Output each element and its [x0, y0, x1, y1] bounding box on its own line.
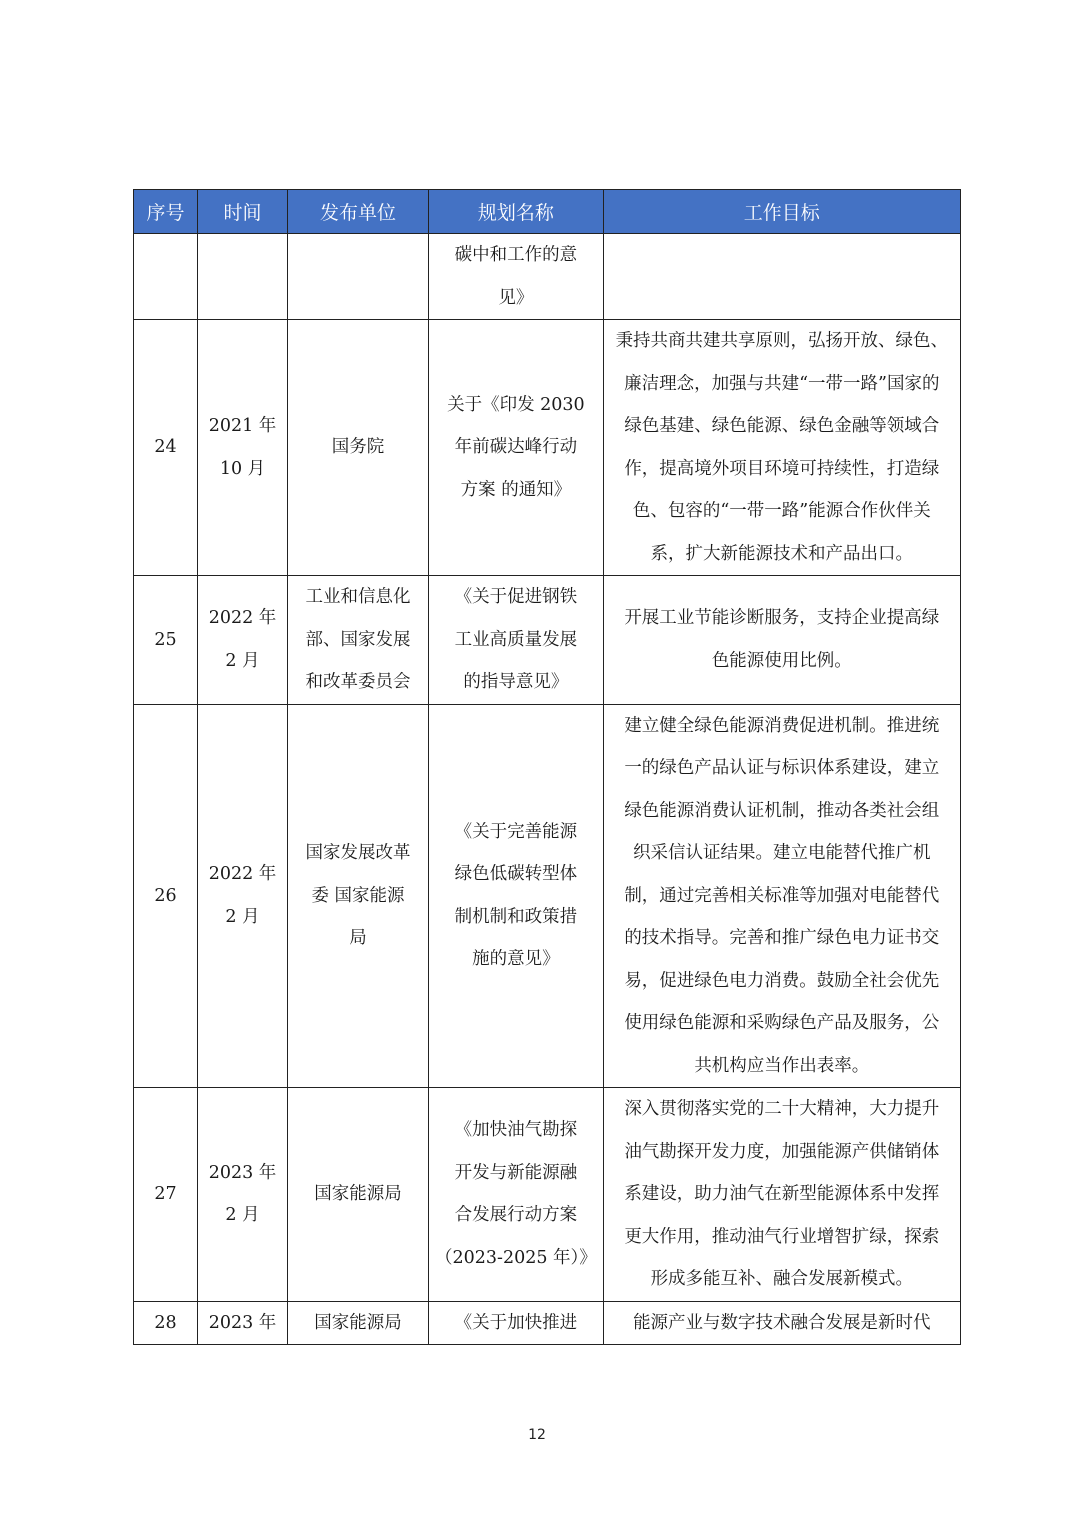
table-row: 262022 年2 月国家发展改革委 国家能源局《关于完善能源绿色低碳转型体制机…: [134, 704, 961, 1088]
cell-serial-number: 25: [134, 576, 198, 705]
cell-text-line: 织采信认证结果。建立电能替代推广机: [612, 832, 952, 875]
cell-text-line: 色、包容的“一带一路”能源合作伙伴关: [612, 490, 952, 533]
cell-text-line: 和改革委员会: [294, 661, 422, 704]
cell-text-line: 更大作用，推动油气行业增智扩绿，探索: [612, 1216, 952, 1259]
cell-time: 2021 年10 月: [198, 320, 288, 576]
cell-text-line: 能源产业与数字技术融合发展是新时代: [612, 1302, 952, 1345]
cell-time: 2022 年2 月: [198, 704, 288, 1088]
cell-text-line: 2022 年: [204, 853, 281, 896]
cell-text-line: 国务院: [294, 426, 422, 469]
header-work-goal: 工作目标: [603, 190, 960, 234]
cell-text-line: 绿色低碳转型体: [435, 853, 597, 896]
table-row: 272023 年2 月国家能源局《加快油气勘探开发与新能源融合发展行动方案（20…: [134, 1088, 961, 1302]
cell-text-line: 形成多能互补、融合发展新模式。: [612, 1258, 952, 1301]
cell-work-goal: 开展工业节能诊断服务，支持企业提高绿色能源使用比例。: [603, 576, 960, 705]
cell-text-line: 国家能源局: [294, 1173, 422, 1216]
header-publisher: 发布单位: [288, 190, 429, 234]
policy-table: 序号 时间 发布单位 规划名称 工作目标 碳中和工作的意见》242021 年10…: [133, 189, 961, 1345]
cell-text-line: 工业和信息化: [294, 576, 422, 619]
cell-text-line: 2 月: [204, 896, 281, 939]
cell-text-line: 局: [294, 917, 422, 960]
cell-text-line: 共机构应当作出表率。: [612, 1045, 952, 1088]
cell-text-line: 系建设，助力油气在新型能源体系中发挥: [612, 1173, 952, 1216]
table-row: 碳中和工作的意见》: [134, 234, 961, 320]
cell-text-line: 绿色基建、绿色能源、绿色金融等领域合: [612, 405, 952, 448]
cell-plan-name: 《关于加快推进: [429, 1301, 604, 1345]
cell-text-line: 开发与新能源融: [435, 1152, 597, 1195]
cell-text-line: 关于《印发 2030: [435, 384, 597, 427]
cell-text-line: 制机制和政策措: [435, 896, 597, 939]
cell-work-goal: 深入贯彻落实党的二十大精神，大力提升油气勘探开发力度，加强能源产供储销体系建设，…: [603, 1088, 960, 1302]
page-number: 12: [0, 1427, 1074, 1443]
cell-text-line: （2023-2025 年）》: [435, 1237, 597, 1280]
cell-publisher: 国家能源局: [288, 1301, 429, 1345]
cell-publisher: 国家发展改革委 国家能源局: [288, 704, 429, 1088]
cell-text-line: 2 月: [204, 640, 281, 683]
cell-text-line: 一的绿色产品认证与标识体系建设，建立: [612, 747, 952, 790]
cell-serial-number: 27: [134, 1088, 198, 1302]
table-row: 252022 年2 月工业和信息化部、国家发展和改革委员会《关于促进钢铁工业高质…: [134, 576, 961, 705]
cell-serial-number: 28: [134, 1301, 198, 1345]
cell-serial-number: 26: [134, 704, 198, 1088]
policy-table-container: 序号 时间 发布单位 规划名称 工作目标 碳中和工作的意见》242021 年10…: [133, 189, 961, 1345]
cell-text-line: 施的意见》: [435, 938, 597, 981]
cell-text-line: 制，通过完善相关标准等加强对电能替代: [612, 875, 952, 918]
cell-text-line: 《关于加快推进: [435, 1302, 597, 1345]
cell-text-line: 2023 年: [204, 1302, 281, 1345]
cell-text-line: 使用绿色能源和采购绿色产品及服务，公: [612, 1002, 952, 1045]
cell-plan-name: 《加快油气勘探开发与新能源融合发展行动方案（2023-2025 年）》: [429, 1088, 604, 1302]
table-row: 242021 年10 月国务院关于《印发 2030年前碳达峰行动方案 的通知》秉…: [134, 320, 961, 576]
cell-time: 2022 年2 月: [198, 576, 288, 705]
cell-text-line: 开展工业节能诊断服务，支持企业提高绿: [612, 597, 952, 640]
cell-text-line: 10 月: [204, 448, 281, 491]
cell-text-line: 的技术指导。完善和推广绿色电力证书交: [612, 917, 952, 960]
cell-text-line: 国家能源局: [294, 1302, 422, 1345]
cell-text-line: 油气勘探开发力度，加强能源产供储销体: [612, 1131, 952, 1174]
cell-text-line: 部、国家发展: [294, 619, 422, 662]
cell-text-line: 2 月: [204, 1194, 281, 1237]
header-serial-number: 序号: [134, 190, 198, 234]
cell-text-line: 合发展行动方案: [435, 1194, 597, 1237]
cell-work-goal: [603, 234, 960, 320]
cell-text-line: 工业高质量发展: [435, 619, 597, 662]
cell-serial-number: 24: [134, 320, 198, 576]
table-body: 碳中和工作的意见》242021 年10 月国务院关于《印发 2030年前碳达峰行…: [134, 234, 961, 1345]
cell-text-line: 建立健全绿色能源消费促进机制。推进统: [612, 705, 952, 748]
cell-text-line: 国家发展改革: [294, 832, 422, 875]
cell-text-line: 廉洁理念，加强与共建“一带一路”国家的: [612, 363, 952, 406]
cell-text-line: 年前碳达峰行动: [435, 426, 597, 469]
table-row: 282023 年国家能源局《关于加快推进能源产业与数字技术融合发展是新时代: [134, 1301, 961, 1345]
header-time: 时间: [198, 190, 288, 234]
cell-publisher: 国家能源局: [288, 1088, 429, 1302]
cell-work-goal: 建立健全绿色能源消费促进机制。推进统一的绿色产品认证与标识体系建设，建立绿色能源…: [603, 704, 960, 1088]
cell-text-line: 易，促进绿色电力消费。鼓励全社会优先: [612, 960, 952, 1003]
cell-text-line: 见》: [435, 277, 597, 320]
cell-text-line: 系，扩大新能源技术和产品出口。: [612, 533, 952, 576]
cell-text-line: 碳中和工作的意: [435, 234, 597, 277]
cell-text-line: 绿色能源消费认证机制，推动各类社会组: [612, 790, 952, 833]
table-header-row: 序号 时间 发布单位 规划名称 工作目标: [134, 190, 961, 234]
cell-text-line: 深入贯彻落实党的二十大精神，大力提升: [612, 1088, 952, 1131]
cell-time: 2023 年: [198, 1301, 288, 1345]
cell-plan-name: 《关于促进钢铁工业高质量发展的指导意见》: [429, 576, 604, 705]
cell-plan-name: 碳中和工作的意见》: [429, 234, 604, 320]
cell-plan-name: 《关于完善能源绿色低碳转型体制机制和政策措施的意见》: [429, 704, 604, 1088]
cell-publisher: 工业和信息化部、国家发展和改革委员会: [288, 576, 429, 705]
cell-plan-name: 关于《印发 2030年前碳达峰行动方案 的通知》: [429, 320, 604, 576]
cell-work-goal: 秉持共商共建共享原则，弘扬开放、绿色、廉洁理念，加强与共建“一带一路”国家的绿色…: [603, 320, 960, 576]
cell-text-line: 方案 的通知》: [435, 469, 597, 512]
cell-publisher: 国务院: [288, 320, 429, 576]
cell-text-line: 2022 年: [204, 597, 281, 640]
cell-text-line: 2023 年: [204, 1152, 281, 1195]
cell-text-line: 《关于完善能源: [435, 811, 597, 854]
cell-time: 2023 年2 月: [198, 1088, 288, 1302]
cell-time: [198, 234, 288, 320]
cell-serial-number: [134, 234, 198, 320]
cell-text-line: 委 国家能源: [294, 875, 422, 918]
cell-text-line: 《关于促进钢铁: [435, 576, 597, 619]
cell-publisher: [288, 234, 429, 320]
cell-text-line: 《加快油气勘探: [435, 1109, 597, 1152]
cell-text-line: 2021 年: [204, 405, 281, 448]
cell-text-line: 色能源使用比例。: [612, 640, 952, 683]
cell-text-line: 作，提高境外项目环境可持续性，打造绿: [612, 448, 952, 491]
cell-work-goal: 能源产业与数字技术融合发展是新时代: [603, 1301, 960, 1345]
cell-text-line: 的指导意见》: [435, 661, 597, 704]
cell-text-line: 秉持共商共建共享原则，弘扬开放、绿色、: [612, 320, 952, 363]
header-plan-name: 规划名称: [429, 190, 604, 234]
